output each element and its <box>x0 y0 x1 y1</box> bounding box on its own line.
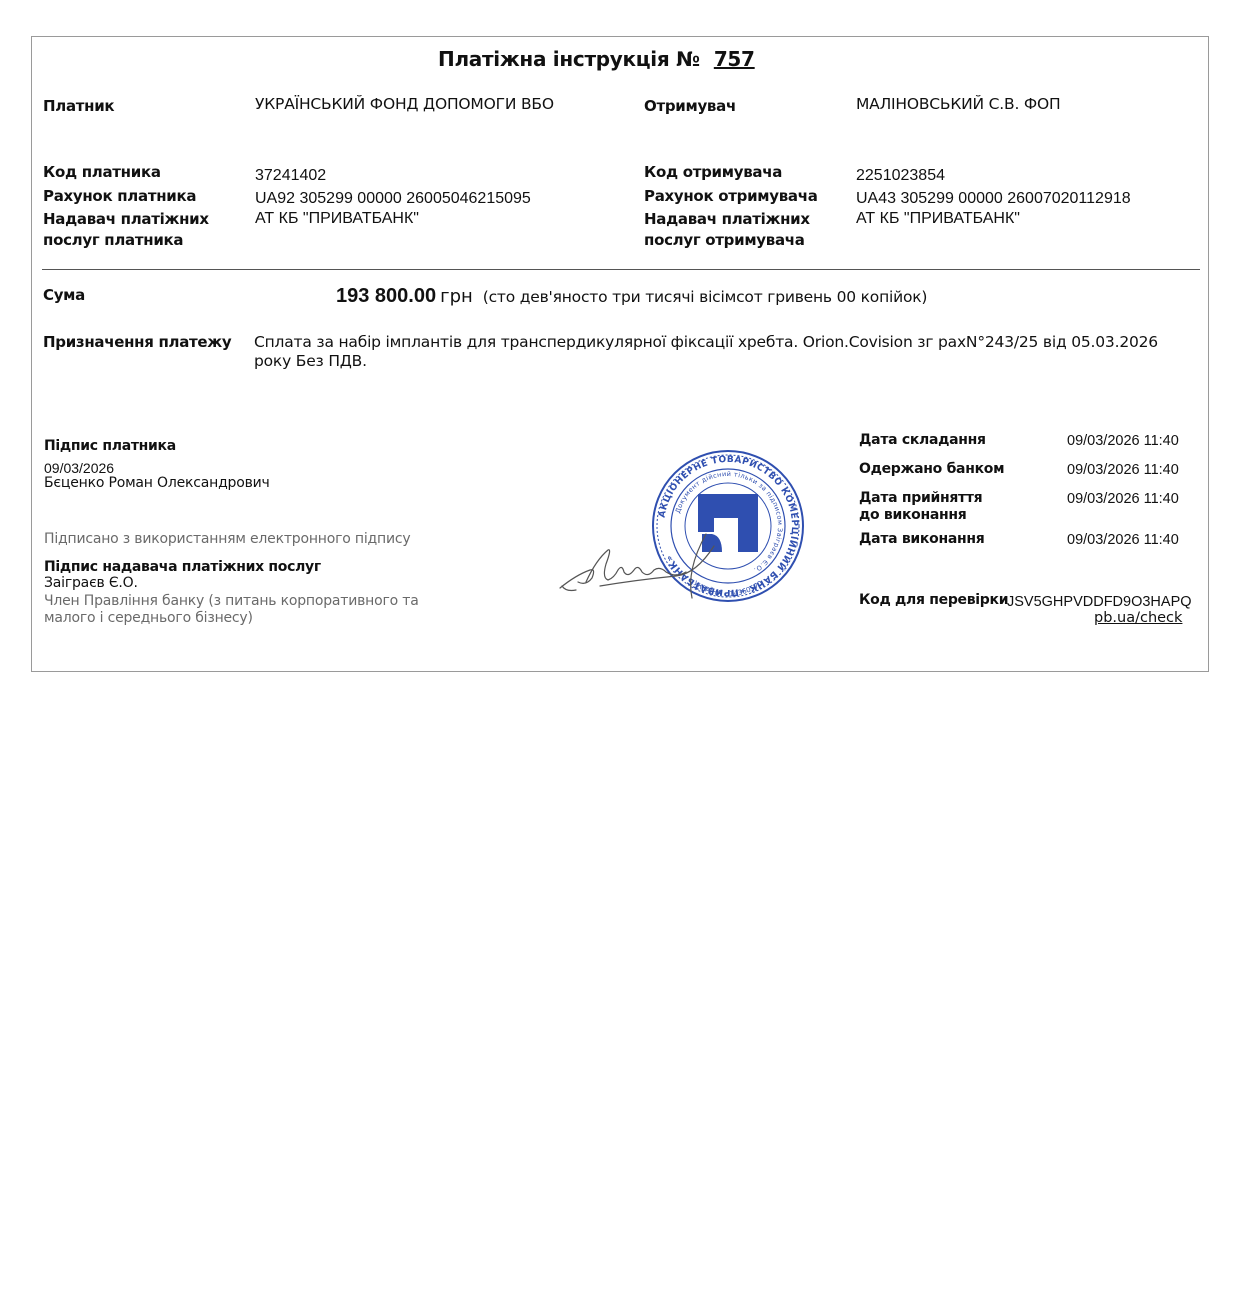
esign-note: Підписано з використанням електронного п… <box>44 531 410 548</box>
title-text: Платіжна інструкція № <box>438 47 700 71</box>
date-label-accepted: Дата прийняття до виконання <box>859 490 982 524</box>
verification-code: JSV5GHPVDDFD9O3HAPQ <box>1007 594 1192 610</box>
date-label-executed-text: Дата виконання <box>859 531 984 548</box>
payer-psp-label-line2: послуг платника <box>43 230 209 251</box>
payer-name: УКРАЇНСЬКИЙ ФОНД ДОПОМОГИ ВБО <box>255 95 554 113</box>
document-number: 757 <box>714 47 755 71</box>
psp-signer-name: Заіграєв Є.О. <box>44 575 138 592</box>
recipient-psp: АТ КБ "ПРИВАТБАНК" <box>856 209 1020 229</box>
recipient-code-label: Код отримувача <box>644 162 782 183</box>
recipient-code: 2251023854 <box>856 166 945 186</box>
section-divider <box>42 269 1200 270</box>
date-label-executed: Дата виконання <box>859 531 984 548</box>
payer-label: Платник <box>43 96 114 117</box>
payer-psp-label-line1: Надавач платіжних <box>43 209 209 230</box>
date-label-accepted-line1: Дата прийняття <box>859 490 982 507</box>
amount-currency: грн <box>440 286 473 307</box>
payer-account: UA92 305299 00000 26005046215095 <box>255 189 531 209</box>
date-label-received-text: Одержано банком <box>859 461 1004 478</box>
recipient-account-label: Рахунок отримувача <box>644 186 818 207</box>
payer-psp: АТ КБ "ПРИВАТБАНК" <box>255 209 419 229</box>
recipient-label: Отримувач <box>644 96 736 117</box>
recipient-psp-label-line1: Надавач платіжних <box>644 209 810 230</box>
date-value-executed: 09/03/2026 11:40 <box>1067 532 1179 548</box>
verification-label: Код для перевірки <box>859 592 1008 609</box>
recipient-name: МАЛІНОВСЬКИЙ С.В. ФОП <box>856 95 1061 113</box>
payer-signature-name: Бєценко Роман Олександрович <box>44 475 270 492</box>
verification-link[interactable]: pb.ua/check <box>1094 610 1182 626</box>
amount-value: 193 800.00 <box>336 285 436 307</box>
payer-code-label: Код платника <box>43 162 161 183</box>
purpose-label: Призначення платежу <box>43 332 231 353</box>
psp-signature-label: Підпис надавача платіжних послуг <box>44 559 321 576</box>
recipient-account: UA43 305299 00000 26007020112918 <box>856 189 1131 209</box>
date-label-received: Одержано банком <box>859 461 1004 478</box>
payer-signature-label: Підпис платника <box>44 438 176 455</box>
payer-code: 37241402 <box>255 166 326 186</box>
date-value-created: 09/03/2026 11:40 <box>1067 433 1179 449</box>
date-label-created-text: Дата складання <box>859 432 986 449</box>
document-title: Платіжна інструкція №757 <box>438 47 755 71</box>
date-label-accepted-line2: до виконання <box>859 507 982 524</box>
handwritten-signature-icon <box>556 520 736 600</box>
payer-psp-label: Надавач платіжних послуг платника <box>43 209 209 251</box>
recipient-psp-label: Надавач платіжних послуг отримувача <box>644 209 810 251</box>
amount-line: 193 800.00грн(сто дев'яносто три тисячі … <box>336 285 927 308</box>
psp-signer-position: Член Правління банку (з питань корпорати… <box>44 593 419 627</box>
amount-words: (сто дев'яносто три тисячі вісімсот грив… <box>483 288 928 306</box>
recipient-psp-label-line2: послуг отримувача <box>644 230 810 251</box>
amount-label: Сума <box>43 285 85 306</box>
purpose-text: Сплата за набір імплантів для трансперди… <box>254 333 1194 371</box>
psp-signer-position-line2: малого і середнього бізнесу) <box>44 610 419 627</box>
date-value-accepted: 09/03/2026 11:40 <box>1067 491 1179 507</box>
date-label-created: Дата складання <box>859 432 986 449</box>
date-value-received: 09/03/2026 11:40 <box>1067 462 1179 478</box>
psp-signer-position-line1: Член Правління банку (з питань корпорати… <box>44 593 419 610</box>
payer-account-label: Рахунок платника <box>43 186 196 207</box>
